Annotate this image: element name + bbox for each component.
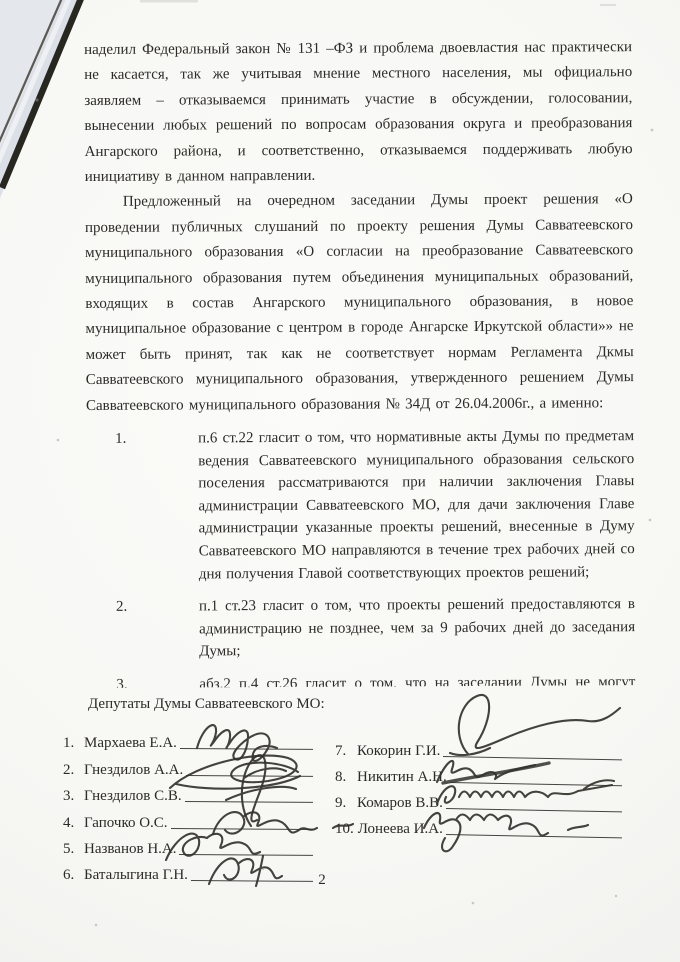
deputy-number: 3. bbox=[63, 788, 84, 805]
signature-row: 8. Никитин А.Н. bbox=[335, 760, 622, 786]
signature-row: 9. Комаров В.В. bbox=[335, 786, 622, 812]
list-item-number: 1. bbox=[115, 428, 126, 451]
signatories-heading: Депутаты Думы Савватеевского МО: bbox=[63, 696, 632, 713]
numbered-points-list: 1. п.6 ст.22 гласит о том, что нормативн… bbox=[86, 425, 635, 688]
list-item-text: п.1 ст.23 гласит о том, что проекты реше… bbox=[199, 596, 635, 659]
signature-line bbox=[171, 828, 313, 830]
signature-line bbox=[179, 854, 313, 856]
deputy-name: Мархаева Е.А. bbox=[84, 735, 177, 752]
document-body: наделил Федеральный закон № 131 –ФЗ и пр… bbox=[84, 35, 635, 688]
deputy-name: Никитин А.Н. bbox=[357, 769, 447, 786]
list-item: 3. абз.2 п.4 ст.26 гласит о том, что на … bbox=[87, 671, 635, 688]
list-item: 2. п.1 ст.23 гласит о том, что проекты р… bbox=[87, 593, 635, 664]
deputy-name: Гнездилов А.А. bbox=[84, 762, 183, 779]
deputy-number: 2. bbox=[63, 762, 84, 779]
signature-line bbox=[186, 775, 313, 777]
signature-row: 4. Гапочко О.С. bbox=[63, 805, 313, 831]
signature-row: 10. Лонеева И.А. bbox=[335, 812, 622, 838]
deputy-number: 8. bbox=[335, 769, 353, 786]
deputy-name: Гапочко О.С. bbox=[84, 815, 168, 832]
deputy-name: Лонеева И.А. bbox=[358, 821, 443, 838]
signature-row: 3. Гнездилов С.В. bbox=[63, 779, 313, 805]
deputy-name: Гнездилов С.В. bbox=[84, 788, 182, 805]
list-item-number: 3. bbox=[116, 674, 127, 688]
deputy-name: Комаров В.В. bbox=[357, 795, 443, 812]
deputy-number: 7. bbox=[335, 743, 353, 760]
signature-row: 5. Названов Н.А. bbox=[63, 832, 313, 858]
list-item: 1. п.6 ст.22 гласит о том, что нормативн… bbox=[86, 425, 635, 586]
signature-line bbox=[446, 834, 622, 838]
list-item-text: абз.2 п.4 ст.26 гласит о том, что на зас… bbox=[199, 674, 635, 688]
signatures-section: Депутаты Думы Савватеевского МО: 1. Марх… bbox=[63, 696, 632, 884]
list-item-text: п.6 ст.22 гласит о том, что нормативные … bbox=[198, 428, 635, 582]
list-item-number: 2. bbox=[116, 596, 127, 619]
signature-line bbox=[180, 748, 313, 750]
paragraph-continuation: наделил Федеральный закон № 131 –ФЗ и пр… bbox=[84, 35, 633, 190]
deputy-number: 10. bbox=[335, 821, 354, 838]
scanned-document-page: наделил Федеральный закон № 131 –ФЗ и пр… bbox=[0, 0, 680, 962]
deputy-number: 5. bbox=[63, 841, 84, 858]
signature-columns: 1. Мархаева Е.А. 2. Гнездилов А.А. 3. Гн… bbox=[63, 726, 632, 884]
signature-row: 7. Кокорин Г.И. bbox=[335, 734, 622, 760]
deputy-name: Названов Н.А. bbox=[84, 841, 176, 858]
signature-column-right: 7. Кокорин Г.И. 8. Никитин А.Н. 9. Комар… bbox=[335, 734, 622, 884]
signature-line bbox=[185, 801, 313, 803]
signature-row: 2. Гнездилов А.А. bbox=[63, 752, 313, 778]
deputy-number: 1. bbox=[63, 735, 84, 752]
deputy-number: 4. bbox=[63, 815, 84, 832]
paragraph-proposal: Предложенный на очередном заседании Думы… bbox=[85, 188, 634, 420]
page-number: 2 bbox=[0, 872, 662, 889]
signature-column-left: 1. Мархаева Е.А. 2. Гнездилов А.А. 3. Гн… bbox=[63, 726, 313, 884]
deputy-number: 9. bbox=[335, 795, 353, 812]
deputy-name: Кокорин Г.И. bbox=[357, 743, 440, 760]
signature-row: 1. Мархаева Е.А. bbox=[63, 726, 313, 752]
